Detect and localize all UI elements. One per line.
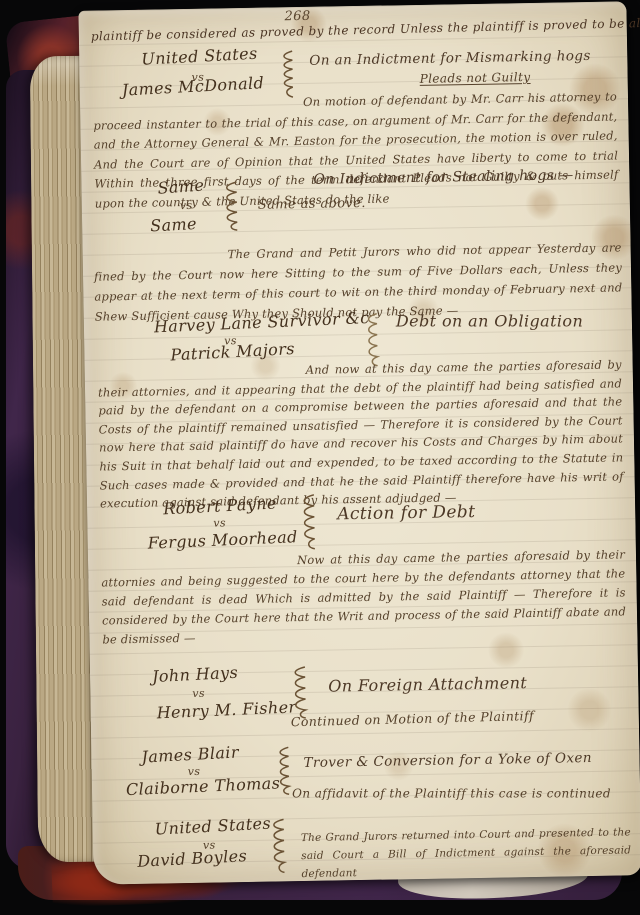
case-brace-squiggle-icon (299, 493, 318, 551)
manuscript-page: 268 plaintiff be considered as proved by… (78, 1, 640, 884)
page-number: 268 (284, 9, 310, 24)
plaintiff-name: Same (157, 175, 205, 197)
versus-label: vs (192, 687, 205, 700)
versus-label: vs (180, 199, 193, 212)
case-title: On Foreign Attachment (328, 673, 527, 695)
plea-note: Pleads not Guilty (420, 70, 531, 86)
versus-label: vs (213, 516, 226, 529)
case-body: Same as above. (258, 196, 366, 213)
case-body: The Grand Jurors returned into Court and… (301, 823, 632, 883)
case-brace-squiggle-icon (269, 817, 288, 873)
case-title: Debt on an Obligation (396, 312, 583, 331)
case-brace-squiggle-icon (275, 745, 292, 795)
case-brace-squiggle-icon (290, 665, 309, 719)
photographed-record-book: 268 plaintiff be considered as proved by… (0, 0, 640, 915)
case-body: On affidavit of the Plaintiff this case … (292, 786, 611, 800)
defendant-name: Same (150, 214, 198, 235)
case-brace-squiggle-icon (221, 180, 240, 232)
case-body: And now at this day came the parties afo… (98, 355, 625, 513)
case-body: Now at this day came the parties aforesa… (101, 545, 627, 649)
case-title: Action for Debt (337, 502, 475, 524)
case-brace-squiggle-icon (279, 49, 296, 99)
